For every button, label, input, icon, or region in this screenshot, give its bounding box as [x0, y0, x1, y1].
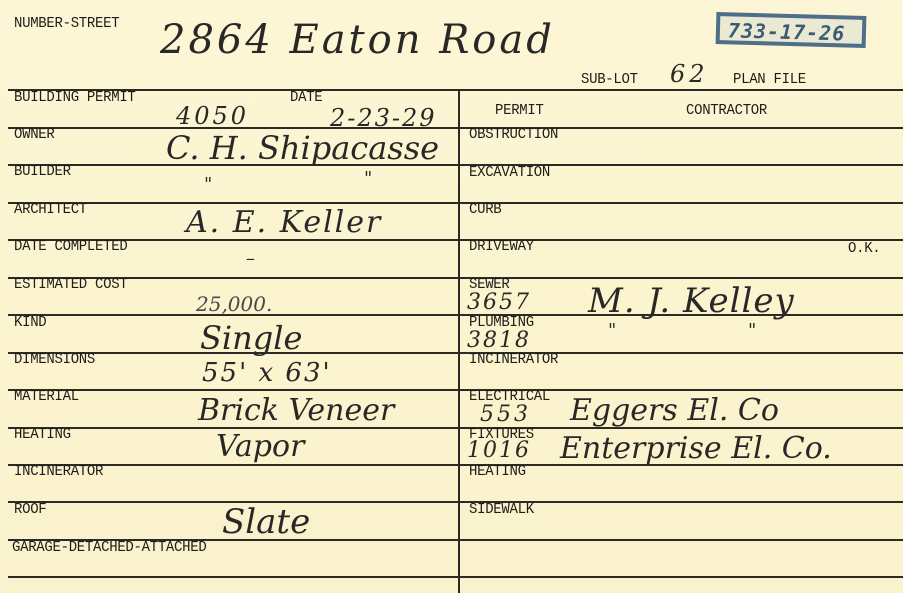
builder-ditto-1: ": [204, 176, 212, 194]
obstruction-label: OBSTRUCTION: [469, 128, 558, 143]
sub-lot-value: 62: [670, 62, 709, 86]
incinerator-label: INCINERATOR: [14, 465, 103, 480]
number-street-label: NUMBER-STREET: [14, 17, 119, 32]
plumbing-contractor-ditto-1: ": [608, 322, 616, 340]
fixtures-permit-number: 1016: [467, 440, 531, 462]
architect-value: A. E. Keller: [186, 208, 382, 238]
kind-label: KIND: [14, 316, 46, 331]
sewer-permit-number: 3657: [467, 292, 531, 314]
divider: [8, 202, 903, 204]
date-completed-value: –: [246, 250, 255, 268]
dimensions-label: DIMENSIONS: [14, 353, 95, 368]
contractor-column-header: CONTRACTOR: [686, 104, 767, 119]
plumbing-contractor-ditto-2: ": [748, 322, 756, 340]
divider: [8, 576, 903, 578]
builder-ditto-2: ": [364, 170, 372, 188]
owner-value: C. H. Shipacasse: [166, 132, 439, 164]
plan-file-label: PLAN FILE: [733, 73, 806, 88]
fixtures-contractor: Enterprise El. Co.: [560, 434, 832, 464]
roof-label: ROOF: [14, 503, 46, 518]
garage-label: GARAGE-DETACHED-ATTACHED: [12, 541, 206, 556]
divider: [8, 164, 903, 166]
estimated-cost-label: ESTIMATED COST: [14, 278, 127, 293]
sub-lot-label: SUB-LOT: [581, 73, 638, 88]
excavation-label: EXCAVATION: [469, 166, 550, 181]
divider: [8, 501, 903, 503]
kind-value: Single: [200, 322, 302, 354]
owner-label: OWNER: [14, 128, 55, 143]
divider: [8, 352, 903, 354]
sewer-contractor: M. J. Kelley: [588, 284, 795, 318]
electrical-contractor: Eggers El. Co: [570, 396, 779, 426]
electrical-permit-number: 553: [480, 404, 531, 426]
builder-label: BUILDER: [14, 165, 71, 180]
architect-label: ARCHITECT: [14, 203, 87, 218]
number-street-value: 2864 Eaton Road: [160, 20, 555, 60]
divider: [8, 127, 903, 129]
material-value: Brick Veneer: [198, 396, 394, 426]
divider: [8, 239, 903, 241]
divider: [8, 277, 903, 279]
driveway-label: DRIVEWAY: [469, 240, 534, 255]
date-value: 2-23-29: [330, 106, 437, 130]
file-number-stamp: 733-17-26: [716, 12, 867, 48]
dimensions-value: 55' x 63': [202, 360, 332, 386]
file-number-stamp-text: 733-17-26: [728, 18, 846, 45]
sidewalk-label: SIDEWALK: [469, 503, 534, 518]
plumbing-permit-number: 3818: [467, 330, 531, 352]
date-label: DATE: [290, 91, 322, 106]
building-permit-label: BUILDING PERMIT: [14, 91, 136, 106]
heating-label: HEATING: [14, 428, 71, 443]
curb-label: CURB: [469, 203, 501, 218]
roof-value: Slate: [222, 505, 310, 539]
building-permit-value: 4050: [176, 104, 249, 128]
incinerator-permit-label: INCINERATOR: [469, 353, 558, 368]
permit-card: NUMBER-STREET 2864 Eaton Road 733-17-26 …: [0, 0, 903, 593]
heating-permit-label: HEATING: [469, 465, 526, 480]
material-label: MATERIAL: [14, 390, 79, 405]
permit-column-header: PERMIT: [495, 104, 544, 119]
date-completed-label: DATE COMPLETED: [14, 240, 127, 255]
divider: [8, 389, 903, 391]
column-divider: [458, 89, 460, 593]
estimated-cost-value: 25,000.: [196, 294, 272, 314]
heating-value: Vapor: [216, 432, 304, 462]
driveway-status: O.K.: [848, 242, 880, 257]
divider: [8, 89, 903, 91]
